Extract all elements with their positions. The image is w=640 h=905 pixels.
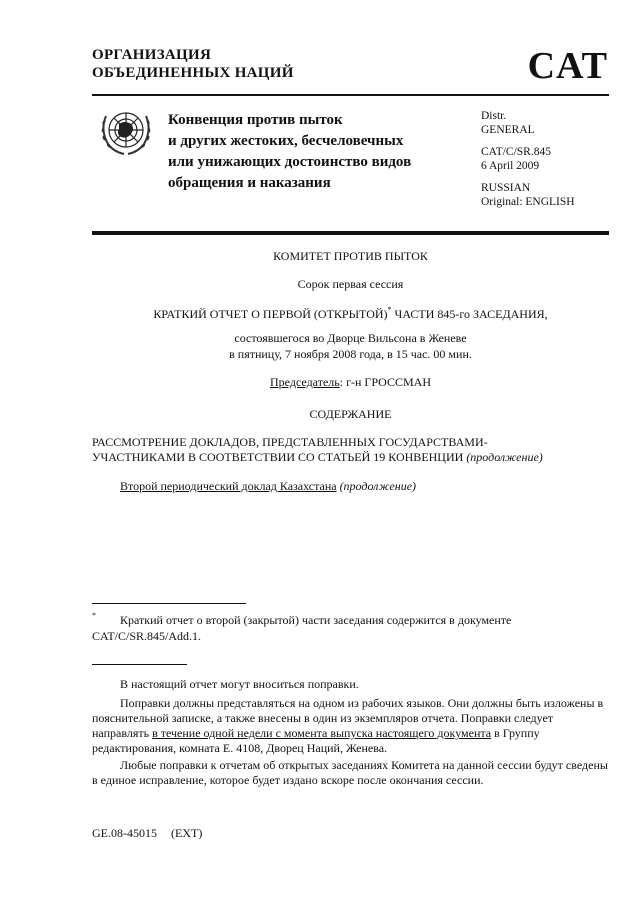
footnote: * Краткий отчет о второй (закрытой) част…	[92, 612, 609, 644]
footnote-separator	[92, 603, 246, 604]
report-title: КРАТКИЙ ОТЧЕТ О ПЕРВОЙ (ОТКРЫТОЙ)* ЧАСТИ…	[92, 302, 609, 322]
header-rule-top	[92, 94, 609, 96]
agenda-sub-item: Второй периодический доклад Казахстана (…	[120, 479, 416, 494]
doc-date: 6 April 2009	[481, 160, 539, 172]
document-series-symbol: CAT	[528, 46, 608, 86]
doc-symbol: CAT/C/SR.845	[481, 146, 551, 158]
meeting-venue: состоявшегося во Дворце Вильсона в Женев…	[92, 330, 609, 362]
distr-value: GENERAL	[481, 124, 535, 136]
convention-line: и других жестоких, бесчеловечных	[168, 131, 411, 152]
document-footer: GE.08-45015(EXT)	[92, 826, 202, 841]
report-title-main: КРАТКИЙ ОТЧЕТ О ПЕРВОЙ (ОТКРЫТОЙ)	[153, 307, 387, 321]
agenda-line-1: РАССМОТРЕНИЕ ДОКЛАДОВ, ПРЕДСТАВЛЕННЫХ ГО…	[92, 435, 609, 450]
header-rule-bottom	[92, 231, 609, 235]
chair-name: : г-н ГРОССМАН	[340, 375, 431, 389]
committee-name: КОМИТЕТ ПРОТИВ ПЫТОК	[92, 248, 609, 264]
chairperson: Председатель: г-н ГРОССМАН	[92, 374, 609, 390]
corrections-separator	[92, 664, 187, 665]
corrections-instructions: Поправки должны представляться на одном …	[92, 696, 609, 756]
agenda-continued: (продолжение)	[466, 450, 542, 464]
doc-language: RUSSIAN	[481, 182, 530, 194]
convention-line: обращения и наказания	[168, 173, 411, 194]
sub-item-continued: (продолжение)	[340, 479, 416, 493]
footnote-marker: *	[92, 608, 96, 624]
report-title-rest: ЧАСТИ 845-го ЗАСЕДАНИЯ,	[392, 307, 548, 321]
agenda-line-2: УЧАСТНИКАМИ В СООТВЕТСТВИИ СО СТАТЬЕЙ 19…	[92, 450, 466, 464]
convention-title: Конвенция против пыток и других жестоких…	[168, 110, 411, 194]
sub-item-title: Второй периодический доклад Казахстана	[120, 479, 337, 493]
footnote-text: Краткий отчет о второй (закрытой) части …	[92, 612, 609, 644]
original-language: Original: ENGLISH	[481, 196, 575, 208]
org-line-2: ОБЪЕДИНЕННЫХ НАЦИЙ	[92, 64, 294, 82]
deadline-text: в течение одной недели с момента выпуска…	[152, 726, 491, 740]
document-metadata: Distr. GENERAL CAT/C/SR.845 6 April 2009…	[481, 109, 575, 217]
un-emblem-icon	[95, 104, 157, 160]
agenda-item: РАССМОТРЕНИЕ ДОКЛАДОВ, ПРЕДСТАВЛЕННЫХ ГО…	[92, 435, 609, 465]
chair-label: Председатель	[270, 375, 340, 389]
convention-line: Конвенция против пыток	[168, 110, 411, 131]
convention-line: или унижающих достоинство видов	[168, 152, 411, 173]
ext-marker: (EXT)	[171, 826, 202, 840]
distr-label: Distr.	[481, 110, 506, 122]
session-name: Сорок первая сессия	[92, 276, 609, 292]
corrections-consolidation: Любые поправки к отчетам об открытых зас…	[92, 758, 609, 788]
corrections-note: В настоящий отчет могут вноситься поправ…	[92, 677, 609, 692]
contents-heading: СОДЕРЖАНИЕ	[92, 406, 609, 422]
org-line-1: ОРГАНИЗАЦИЯ	[92, 46, 294, 64]
organization-name: ОРГАНИЗАЦИЯ ОБЪЕДИНЕННЫХ НАЦИЙ	[92, 46, 294, 82]
date-time-line: в пятницу, 7 ноября 2008 года, в 15 час.…	[92, 346, 609, 362]
job-number: GE.08-45015	[92, 826, 157, 840]
venue-line: состоявшегося во Дворце Вильсона в Женев…	[92, 330, 609, 346]
